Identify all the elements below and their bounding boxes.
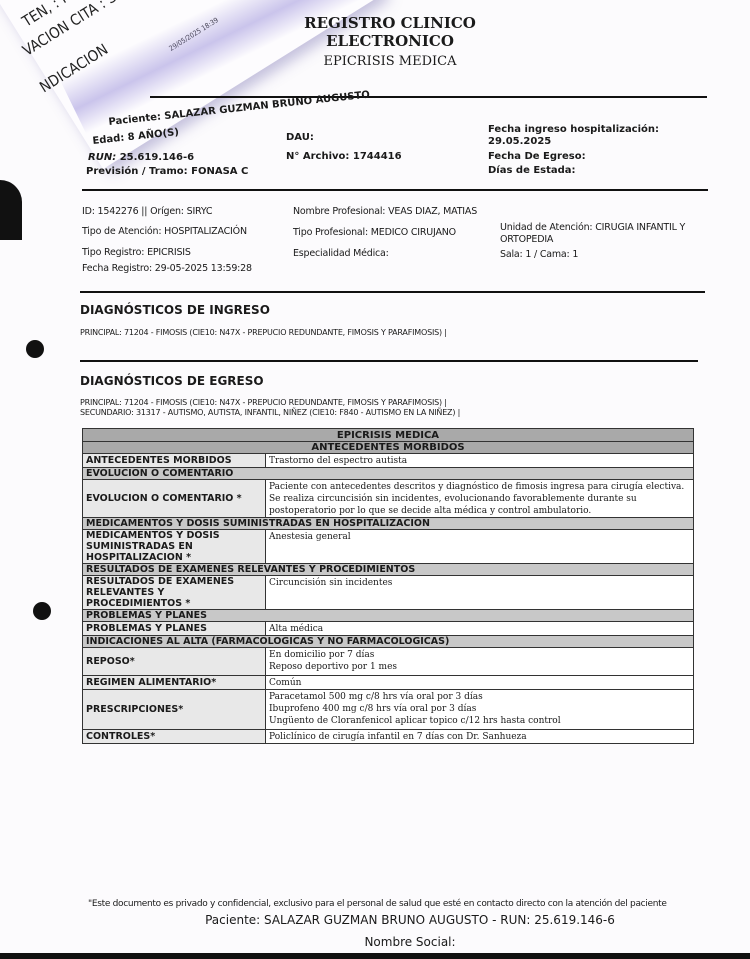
- diagnostico-egreso-secundario: SECUNDARIO: 31317 - AUTISMO, AUTISTA, IN…: [80, 408, 460, 417]
- record-id-origen: ID: 1542276 || Orígen: SIRYC: [82, 206, 212, 217]
- document-title: REGISTRO CLINICO ELECTRONICO: [290, 14, 490, 50]
- dau-field: DAU:: [286, 132, 314, 143]
- medicamentos-label: MEDICAMENTOS Y DOSIS SUMINISTRADAS EN HO…: [83, 530, 266, 564]
- reposo-label: REPOSO*: [83, 648, 266, 676]
- resultados-label: RESULTADOS DE EXAMENES RELEVANTES Y PROC…: [83, 576, 266, 610]
- table-section-row: EVOLUCION O COMENTARIO: [83, 468, 694, 480]
- punch-hole: [33, 602, 51, 620]
- prescripciones-label: PRESCRIPCIONES*: [83, 690, 266, 730]
- table-row: REPOSO* En domicilio por 7 días Reposo d…: [83, 648, 694, 676]
- diagnostico-egreso-principal: PRINCIPAL: 71204 - FIMOSIS (CIE10: N47X …: [80, 398, 447, 407]
- prescripcion-line: Paracetamol 500 mg c/8 hrs vía oral por …: [269, 691, 690, 703]
- regimen-label: REGIMEN ALIMENTARIO*: [83, 676, 266, 690]
- footer-patient-line: Paciente: SALAZAR GUZMAN BRUNO AUGUSTO -…: [0, 913, 750, 927]
- table-row: PRESCRIPCIONES* Paracetamol 500 mg c/8 h…: [83, 690, 694, 730]
- epicrisis-document-page: : CIR TEN, : PRESE VACION CITA : SE AGEN…: [0, 0, 750, 959]
- document-subtitle: EPICRISIS MEDICA: [290, 54, 490, 69]
- background-edge: [0, 180, 22, 240]
- divider: [80, 291, 705, 293]
- section-problemas: PROBLEMAS Y PLANES: [83, 610, 694, 622]
- unidad-atencion-line2: ORTOPEDIA: [500, 234, 553, 245]
- dias-estada: Días de Estada:: [488, 165, 576, 176]
- title-line-1: REGISTRO CLINICO: [290, 14, 490, 32]
- medicamentos-value: Anestesia general: [266, 530, 694, 564]
- nombre-profesional: Nombre Profesional: VEAS DIAZ, MATIAS: [293, 206, 477, 217]
- tipo-registro: Tipo Registro: EPICRISIS: [82, 247, 191, 258]
- table-section-row: PROBLEMAS Y PLANES: [83, 610, 694, 622]
- table-section-row: RESULTADOS DE EXAMENES RELEVANTES Y PROC…: [83, 564, 694, 576]
- controles-label: CONTROLES*: [83, 730, 266, 744]
- prescripcion-line: Ungüento de Cloranfenicol aplicar topico…: [269, 715, 690, 727]
- controles-value: Policlínico de cirugía infantil en 7 día…: [266, 730, 694, 744]
- confidentiality-note: "Este documento es privado y confidencia…: [88, 899, 667, 909]
- epicrisis-table: EPICRISIS MEDICA ANTECEDENTES MORBIDOS A…: [82, 428, 694, 744]
- diagnostico-ingreso-principal: PRINCIPAL: 71204 - FIMOSIS (CIE10: N47X …: [80, 328, 447, 337]
- punch-hole: [26, 340, 44, 358]
- divider: [82, 189, 708, 191]
- evolucion-line: Se realiza circuncisión sin incidentes, …: [269, 493, 690, 505]
- table-row: ANTECEDENTES MORBIDOS Trastorno del espe…: [83, 454, 694, 468]
- divider: [150, 96, 707, 98]
- section-resultados: RESULTADOS DE EXAMENES RELEVANTES Y PROC…: [83, 564, 694, 576]
- section-evolucion: EVOLUCION O COMENTARIO: [83, 468, 694, 480]
- reposo-value: En domicilio por 7 días Reposo deportivo…: [266, 648, 694, 676]
- problemas-label: PROBLEMAS Y PLANES: [83, 622, 266, 636]
- table-row: PROBLEMAS Y PLANES Alta médica: [83, 622, 694, 636]
- fecha-ingreso-label: Fecha ingreso hospitalización:: [488, 124, 659, 135]
- table-section-row: MEDICAMENTOS Y DOSIS SUMINISTRADAS EN HO…: [83, 518, 694, 530]
- table-title: EPICRISIS MEDICA: [83, 429, 694, 442]
- prescripcion-line: Ibuprofeno 400 mg c/8 hrs vía oral por 3…: [269, 703, 690, 715]
- section-indicaciones: INDICACIONES AL ALTA (FARMACOLOGICAS Y N…: [83, 636, 694, 648]
- fecha-ingreso-value: 29.05.2025: [488, 136, 551, 147]
- table-row: RESULTADOS DE EXAMENES RELEVANTES Y PROC…: [83, 576, 694, 610]
- diagnosticos-ingreso-title: DIAGNÓSTICOS DE INGRESO: [80, 303, 270, 317]
- table-row: MEDICAMENTOS Y DOSIS SUMINISTRADAS EN HO…: [83, 530, 694, 564]
- antecedentes-label: ANTECEDENTES MORBIDOS: [83, 454, 266, 468]
- regimen-value: Común: [266, 676, 694, 690]
- prescripciones-value: Paracetamol 500 mg c/8 hrs vía oral por …: [266, 690, 694, 730]
- sala-cama: Sala: 1 / Cama: 1: [500, 249, 578, 260]
- background-edge-bottom: [0, 953, 750, 959]
- reposo-line: Reposo deportivo por 1 mes: [269, 661, 690, 673]
- fecha-egreso: Fecha De Egreso:: [488, 151, 586, 162]
- divider: [80, 360, 698, 362]
- title-line-2: ELECTRONICO: [290, 32, 490, 50]
- tipo-profesional: Tipo Profesional: MEDICO CIRUJANO: [293, 227, 456, 238]
- section-medicamentos: MEDICAMENTOS Y DOSIS SUMINISTRADAS EN HO…: [83, 518, 694, 530]
- antecedentes-value: Trastorno del espectro autista: [266, 454, 694, 468]
- footer-social-name: Nombre Social:: [0, 935, 750, 949]
- patient-run: RUN: 25.619.146-6: [88, 152, 194, 163]
- tipo-atencion: Tipo de Atención: HOSPITALIZACIÓN: [82, 226, 247, 237]
- section-antecedentes: ANTECEDENTES MORBIDOS: [83, 442, 694, 454]
- evolucion-value: Paciente con antecedentes descritos y di…: [266, 480, 694, 518]
- diagnosticos-egreso-title: DIAGNÓSTICOS DE EGRESO: [80, 374, 264, 388]
- resultados-value: Circuncisión sin incidentes: [266, 576, 694, 610]
- table-section-row: INDICACIONES AL ALTA (FARMACOLOGICAS Y N…: [83, 636, 694, 648]
- table-row: CONTROLES* Policlínico de cirugía infant…: [83, 730, 694, 744]
- table-section-row: ANTECEDENTES MORBIDOS: [83, 442, 694, 454]
- evolucion-label: EVOLUCION O COMENTARIO *: [83, 480, 266, 518]
- table-row: EVOLUCION O COMENTARIO * Paciente con an…: [83, 480, 694, 518]
- problemas-value: Alta médica: [266, 622, 694, 636]
- unidad-atencion-line1: Unidad de Atención: CIRUGIA INFANTIL Y: [500, 222, 685, 233]
- patient-prevision: Previsión / Tramo: FONASA C: [86, 166, 248, 177]
- reposo-line: En domicilio por 7 días: [269, 649, 690, 661]
- table-header-row: EPICRISIS MEDICA: [83, 429, 694, 442]
- fecha-registro: Fecha Registro: 29-05-2025 13:59:28: [82, 263, 252, 274]
- archivo-field: N° Archivo: 1744416: [286, 151, 402, 162]
- evolucion-line: postoperatorio por lo que se decide alta…: [269, 505, 690, 517]
- table-row: REGIMEN ALIMENTARIO* Común: [83, 676, 694, 690]
- especialidad-medica: Especialidad Médica:: [293, 248, 389, 259]
- evolucion-line: Paciente con antecedentes descritos y di…: [269, 481, 690, 493]
